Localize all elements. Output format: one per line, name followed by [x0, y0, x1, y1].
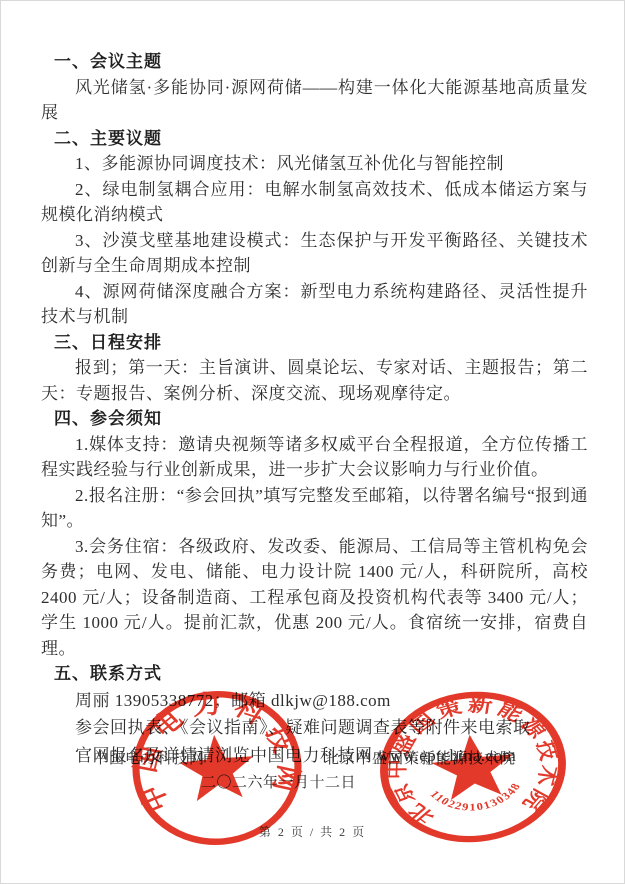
seal-number: 11022910130348	[426, 779, 526, 818]
document-body: 一、会议主题 风光储氢·多能协同·源网荷储——构建一体化大能源基地高质量发展 二…	[41, 49, 588, 769]
section-heading: 一、会议主题	[41, 49, 588, 75]
section-meeting-theme: 一、会议主题 风光储氢·多能协同·源网荷储——构建一体化大能源基地高质量发展	[41, 49, 588, 126]
paragraph: 报到；第一天：主旨演讲、圆桌论坛、专家对话、主题报告；第二天：专题报告、案例分析…	[41, 355, 588, 406]
paragraph: 风光储氢·多能协同·源网荷储——构建一体化大能源基地高质量发展	[41, 75, 588, 126]
document-page: 一、会议主题 风光储氢·多能协同·源网荷储——构建一体化大能源基地高质量发展 二…	[0, 0, 625, 884]
seal-stamp-left: 中国电力科技网	[121, 680, 312, 857]
section-heading: 三、日程安排	[41, 330, 588, 356]
paragraph: 1、多能源协同调度技术：风光储氢互补优化与智能控制	[41, 151, 588, 177]
seal-stamp-right: 北京中盛国策新能源技术院 11022910130348	[367, 678, 578, 856]
star-icon	[177, 732, 257, 803]
paragraph: 4、源网荷储深度融合方案：新型电力系统构建路径、灵活性提升技术与机制	[41, 279, 588, 330]
section-attendance-notes: 四、参会须知 1.媒体支持：邀请央视频等诸多权威平台全程报道，全方位传播工程实践…	[41, 406, 588, 661]
paragraph: 2、绿电制氢耦合应用：电解水制氢高效技术、低成本储运方案与规模化消纳模式	[41, 177, 588, 228]
paragraph: 3、沙漠戈壁基地建设模式：生态保护与开发平衡路径、关键技术创新与全生命周期成本控…	[41, 228, 588, 279]
section-heading: 二、主要议题	[41, 126, 588, 152]
paragraph: 3.会务住宿：各级政府、发改委、能源局、工信局等主管机构免会务费；电网、发电、储…	[41, 534, 588, 662]
section-heading: 四、参会须知	[41, 406, 588, 432]
section-main-topics: 二、主要议题 1、多能源协同调度技术：风光储氢互补优化与智能控制 2、绿电制氢耦…	[41, 126, 588, 330]
paragraph: 1.媒体支持：邀请央视频等诸多权威平台全程报道，全方位传播工程实践经验与行业创新…	[41, 432, 588, 483]
paragraph: 2.报名注册：“参会回执”填写完整发至邮箱，以待署名编号“报到通知”。	[41, 483, 588, 534]
section-schedule: 三、日程安排 报到；第一天：主旨演讲、圆桌论坛、专家对话、主题报告；第二天：专题…	[41, 330, 588, 407]
section-heading: 五、联系方式	[41, 661, 588, 687]
